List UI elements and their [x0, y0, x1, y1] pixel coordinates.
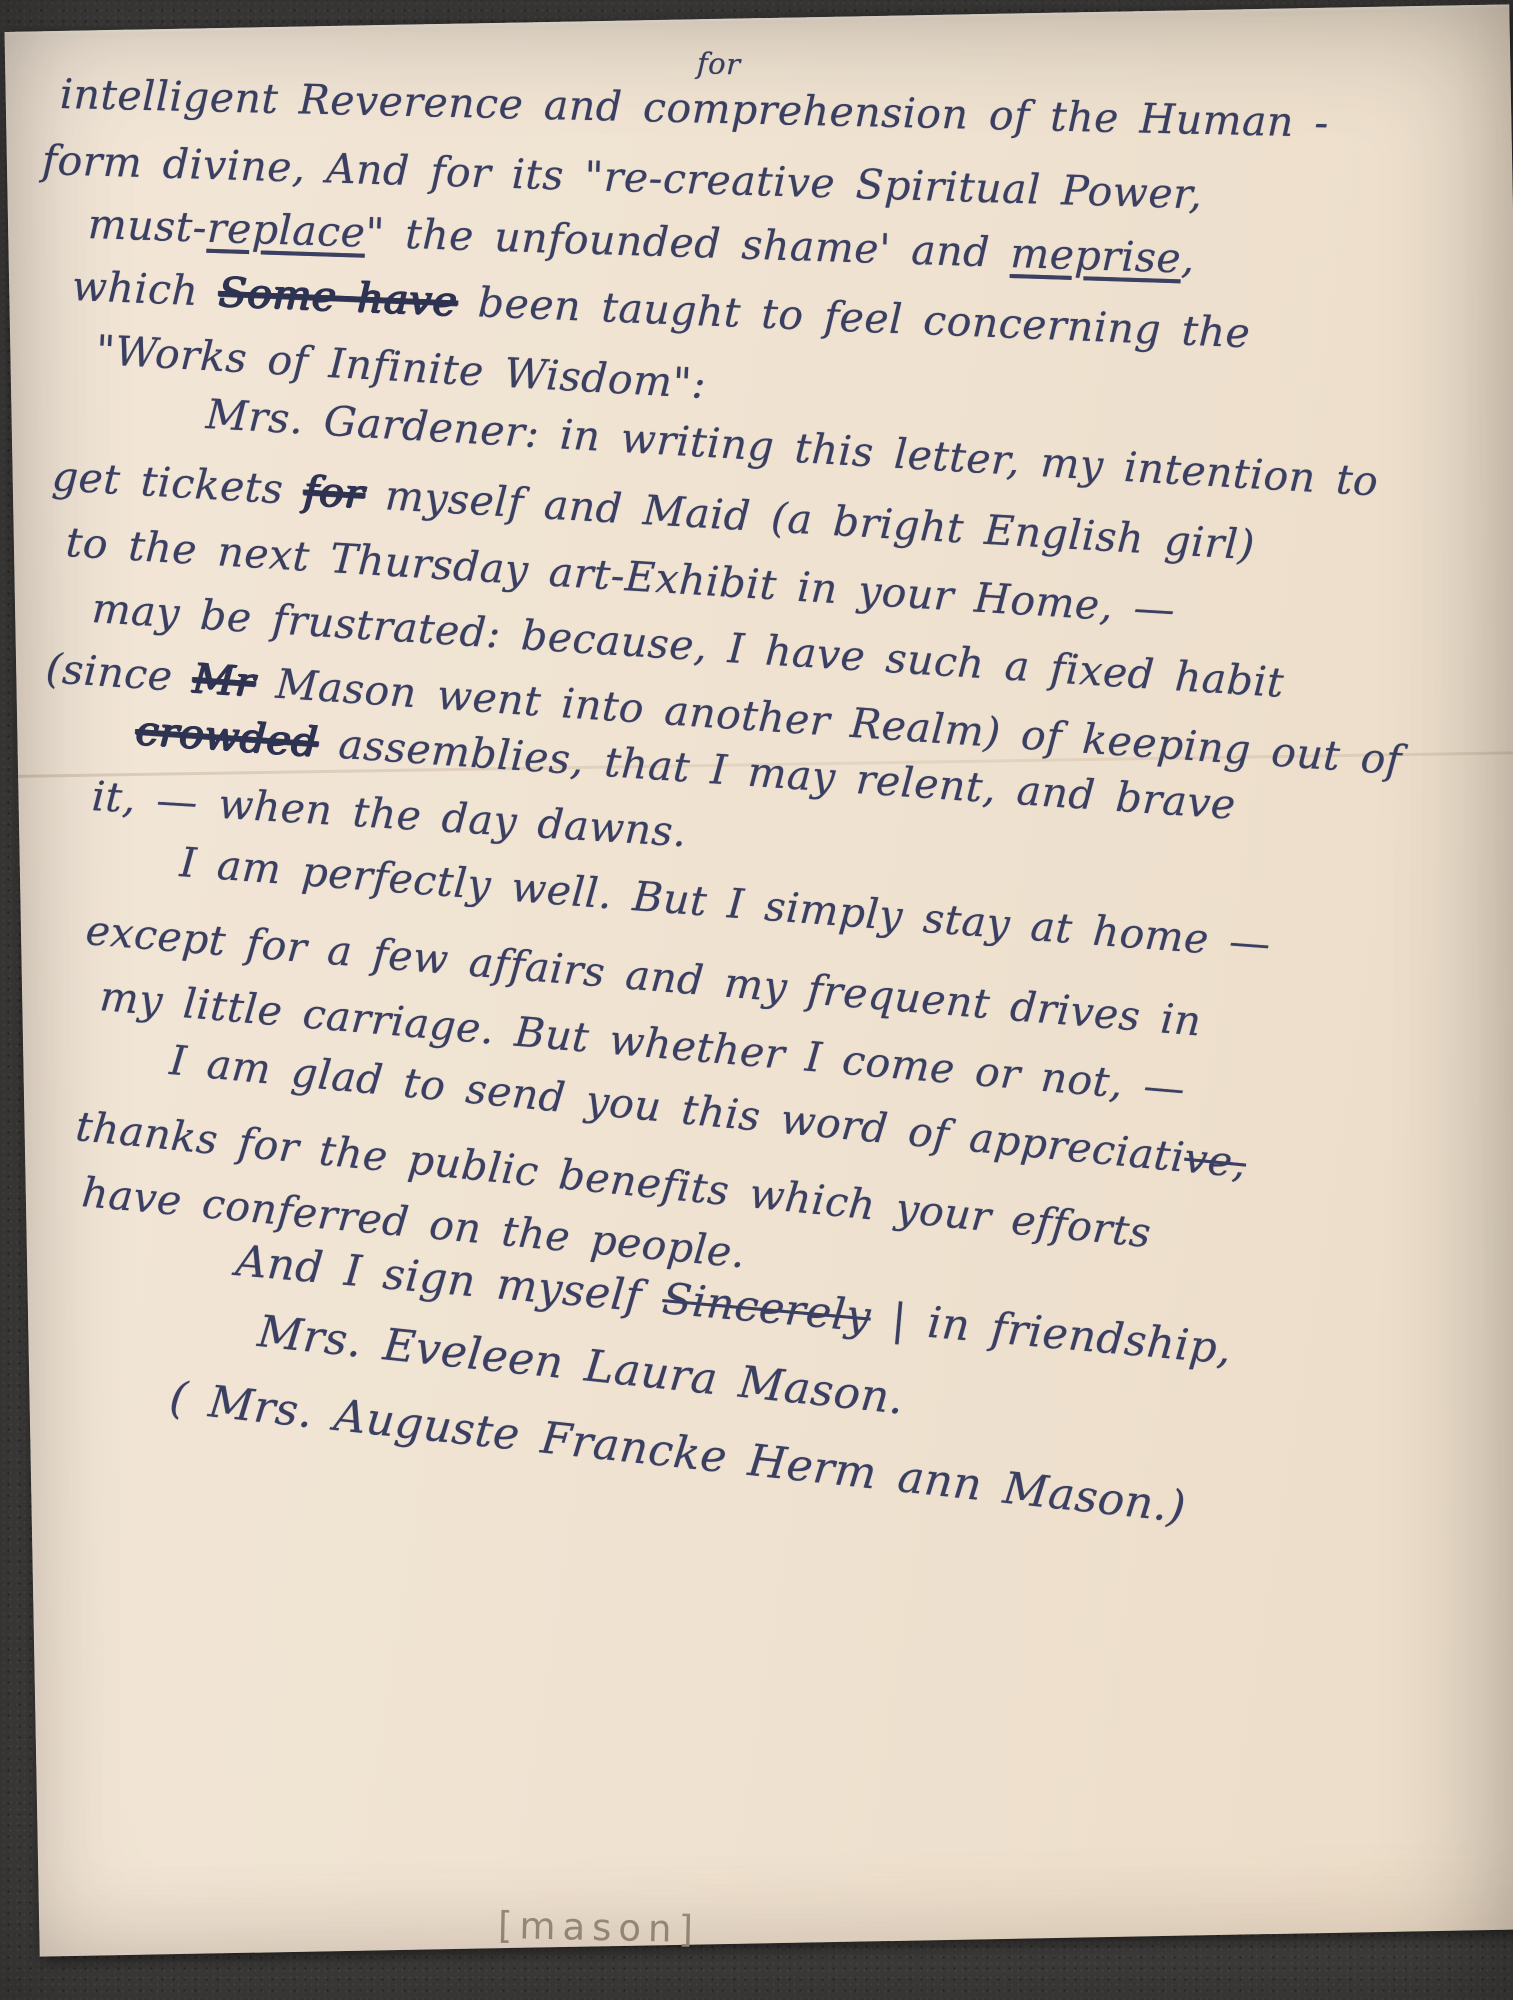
handwritten-line: "Works of Infinite Wisdom":: [95, 326, 708, 408]
pencil-annotation: [mason]: [498, 1904, 701, 1951]
text-segment: ve,: [1182, 1134, 1248, 1188]
inserted-word: for: [696, 46, 741, 81]
text-segment: for: [302, 467, 366, 518]
text-segment: "Works of Infinite Wisdom":: [95, 326, 708, 408]
text-segment: Some have: [218, 268, 458, 326]
text-segment: Mr: [191, 654, 257, 706]
scan-background: { "colors": { "background": "#413f3d", "…: [0, 0, 1513, 2000]
text-segment: | in friendship,: [868, 1293, 1233, 1375]
text-segment: get tickets: [51, 452, 306, 514]
text-segment: for: [696, 46, 741, 81]
text-segment: Sincerely: [660, 1274, 873, 1342]
text-segment: " the unfounded shame' and: [365, 209, 1012, 277]
text-segment: crowded: [134, 706, 319, 766]
text-segment: been taught to feel concerning the: [456, 278, 1251, 358]
handwriting-layer: forintelligent Reverence and comprehensi…: [0, 0, 1513, 2000]
text-segment: replace: [206, 204, 366, 257]
text-segment: intelligent Reverence and comprehension …: [59, 70, 1329, 147]
text-segment: ,: [1180, 234, 1195, 282]
text-segment: (since: [44, 644, 194, 702]
handwritten-line: intelligent Reverence and comprehension …: [59, 70, 1329, 147]
text-segment: which: [71, 262, 220, 316]
text-segment: meprise: [1010, 229, 1182, 282]
text-segment: must-: [87, 200, 208, 252]
